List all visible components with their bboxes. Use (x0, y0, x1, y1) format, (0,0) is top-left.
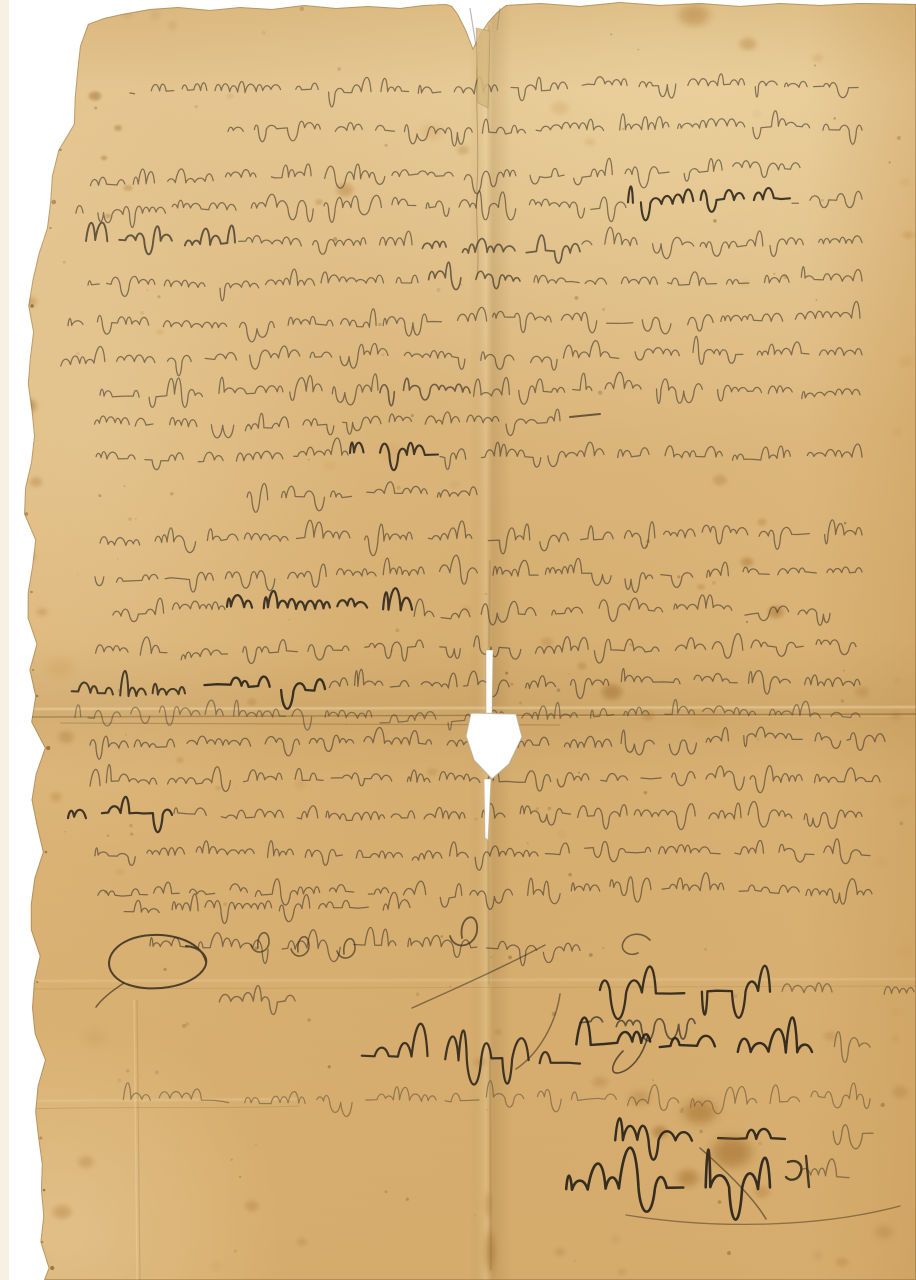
paper-speckle (675, 1248, 676, 1249)
paper-speckle (328, 1065, 331, 1068)
edge-speckle (46, 746, 50, 750)
paper-speckle (843, 670, 844, 671)
foxing-stain (756, 517, 768, 527)
paper-speckle (337, 67, 341, 71)
foxing-stain (483, 1189, 493, 1221)
foxing-stain (548, 99, 572, 117)
paper-speckle (385, 144, 388, 147)
paper-speckle (406, 1198, 409, 1201)
paper-speckle (231, 1158, 233, 1160)
paper-shading-top-edge (0, 0, 916, 90)
edge-speckle (41, 1241, 43, 1243)
foxing-stain (493, 1028, 503, 1036)
paper-speckle (170, 492, 173, 495)
paper-speckle (147, 289, 149, 291)
foxing-stain (616, 1268, 628, 1276)
foxing-stain (418, 122, 446, 142)
paper-speckle (157, 295, 160, 298)
paper-slit (486, 650, 493, 714)
paper-speckle (235, 787, 236, 788)
foxing-stain (35, 607, 49, 617)
edge-speckle (52, 200, 57, 205)
paper-speckle (844, 522, 847, 525)
paper-speckle (182, 1024, 186, 1028)
paper-speckle (440, 935, 443, 938)
paper-speckle (474, 1214, 476, 1216)
paper-speckle (194, 105, 198, 109)
paper-speckle (704, 948, 707, 951)
paper-freckle (894, 677, 900, 683)
edge-speckle (43, 1189, 46, 1192)
paper-speckle (223, 902, 227, 906)
paper-speckle (128, 517, 132, 521)
foxing-stain (113, 124, 123, 132)
paper-speckle (411, 414, 414, 417)
paper-speckle (773, 273, 775, 275)
foxing-stain (76, 1154, 96, 1170)
foxing-stain (56, 729, 76, 745)
paper-speckle (574, 296, 578, 300)
foxing-stain (100, 155, 108, 161)
edge-speckle (32, 669, 34, 671)
foxing-stain (114, 868, 126, 876)
paper-speckle (436, 288, 440, 292)
paper-freckle (295, 780, 305, 790)
paper-speckle (289, 619, 290, 620)
paper-speckle (64, 831, 66, 833)
foxing-stain (674, 1, 714, 29)
foxing-stain (696, 583, 706, 591)
foxing-stain (425, 767, 439, 777)
paper-speckle (746, 621, 748, 623)
paper-freckle (211, 1261, 221, 1271)
foxing-stain (314, 198, 324, 206)
paper-speckle (557, 688, 561, 692)
paper-speckle (833, 117, 835, 119)
paper-speckle (644, 791, 648, 795)
paper-speckle (139, 1076, 140, 1077)
paper-speckle (713, 219, 717, 223)
paper-freckle (558, 831, 566, 839)
paper-speckle (416, 993, 420, 997)
paper-speckle (63, 261, 66, 264)
paper-speckle (129, 824, 133, 828)
paper-speckle (510, 683, 513, 686)
paper-speckle (308, 459, 310, 461)
paper-speckle (574, 1260, 576, 1262)
paper-speckle (548, 807, 552, 811)
paper-speckle (307, 1018, 311, 1022)
paper-speckle (254, 1143, 257, 1146)
paper-speckle (527, 842, 529, 844)
foxing-stain (81, 1028, 109, 1048)
edge-speckle (49, 227, 51, 229)
foxing-stain (295, 1237, 309, 1247)
foxing-stain (122, 184, 134, 192)
foxing-stain (901, 230, 915, 240)
edge-speckle (30, 304, 33, 307)
paper-speckle (486, 1109, 488, 1111)
foxing-stain (897, 355, 915, 369)
paper-speckle (622, 128, 625, 131)
paper-speckle (727, 1251, 731, 1255)
paper-speckle (602, 947, 604, 949)
paper-speckle (140, 311, 144, 315)
foxing-stain (739, 556, 755, 568)
paper-speckle (889, 161, 891, 163)
paper-speckle (117, 558, 118, 559)
edge-speckle (59, 149, 61, 151)
paper-freckle (753, 110, 760, 117)
paper-speckle (814, 64, 816, 66)
foxing-stain (711, 473, 729, 487)
paper-speckle (130, 832, 133, 835)
foxing-stain (155, 328, 165, 336)
paper-speckle (490, 957, 491, 958)
fold-shadow-above (0, 640, 916, 716)
paper-speckle (758, 1141, 762, 1145)
foxing-stain (175, 756, 185, 764)
paper-tear-flap (476, 28, 490, 108)
foxing-stain (590, 1075, 610, 1089)
fold-shadow-below (0, 717, 916, 777)
paper-speckle (610, 33, 612, 35)
foxing-stain (246, 697, 258, 707)
paper-speckle (816, 299, 818, 301)
foxing-stain (214, 785, 222, 791)
edge-speckle (39, 1136, 42, 1139)
foxing-stain (853, 685, 871, 699)
paper-speckle (395, 628, 399, 632)
edge-speckle (30, 591, 33, 594)
paper-speckle (98, 494, 101, 497)
paper-speckle (568, 673, 569, 674)
foxing-stain (243, 1199, 261, 1213)
foxing-stain (44, 656, 76, 680)
edge-speckle (45, 851, 48, 854)
foxing-stain (811, 53, 825, 63)
paper-speckle (163, 968, 166, 971)
paper-speckle (536, 807, 539, 810)
paper-speckle (508, 956, 512, 960)
foxing-stain (737, 36, 759, 52)
paper-speckle (125, 734, 127, 736)
foxing-stain (576, 661, 588, 671)
paper-speckle (117, 1078, 121, 1082)
paper-speckle (757, 738, 760, 741)
edge-speckle (36, 695, 39, 698)
paper-freckle (611, 1234, 620, 1243)
foxing-stain (49, 791, 63, 803)
foxing-stain (678, 1096, 722, 1128)
paper-speckle (107, 834, 109, 836)
foxing-stain (706, 1132, 758, 1172)
paper-speckle (519, 702, 522, 705)
paper-speckle (126, 1069, 130, 1073)
foxing-stain (87, 90, 103, 102)
paper-speckle (568, 873, 572, 877)
foxing-stain (539, 636, 555, 648)
manuscript-scan (0, 0, 916, 1280)
foxing-stain (28, 476, 44, 488)
paper-speckle (239, 1176, 241, 1178)
paper-speckle (589, 953, 593, 957)
scanner-edge-strip (0, 0, 9, 1280)
paper-freckle (450, 480, 459, 489)
edge-speckle (50, 1266, 54, 1270)
paper-speckle (450, 986, 451, 987)
paper-speckle (261, 31, 265, 35)
paper-freckle (812, 1250, 822, 1260)
paper-speckle (397, 486, 401, 490)
paper-speckle (897, 136, 901, 140)
foxing-stain (890, 793, 914, 811)
paper-speckle (76, 352, 79, 355)
paper-speckle (841, 699, 844, 702)
foxing-stain (892, 427, 904, 437)
foxing-stain (50, 1203, 74, 1221)
paper-sheet (0, 0, 916, 1280)
foxing-stain (23, 550, 37, 562)
paper-speckle (637, 49, 639, 51)
paper-freckle (892, 1034, 899, 1041)
foxing-stain (225, 92, 235, 100)
paper-speckle (300, 7, 304, 11)
paper-speckle (135, 518, 137, 520)
foxing-stain (455, 144, 471, 156)
edge-speckle (25, 512, 29, 516)
paper-speckle (598, 391, 602, 395)
paper-speckle (734, 994, 738, 998)
foxing-stain (322, 460, 338, 472)
paper-speckle (77, 574, 78, 575)
paper-speckle (677, 575, 680, 578)
paper-speckle (718, 1200, 722, 1204)
paper-speckle (124, 485, 126, 487)
foxing-stain (890, 1084, 910, 1100)
paper-speckle (155, 1070, 159, 1074)
foxing-stain (483, 1226, 497, 1278)
paper-speckle (652, 1079, 654, 1081)
foxing-stain (889, 711, 903, 721)
paper-speckle (384, 1190, 387, 1193)
paper-speckle (821, 199, 824, 202)
paper-speckle (881, 1103, 885, 1107)
paper-speckle (505, 672, 508, 675)
paper-speckle (94, 106, 97, 109)
edge-speckle (36, 981, 38, 983)
paper-freckle (167, 21, 177, 31)
foxing-stain (872, 1223, 896, 1241)
paper-speckle (578, 772, 580, 774)
scanned-document: Scan of an aged, foxed and stained handw… (0, 0, 916, 1280)
paper-speckle (378, 323, 382, 327)
foxing-stain (888, 1006, 904, 1018)
foxing-stain (553, 1247, 567, 1257)
tear-crack (470, 8, 476, 46)
paper-speckle (382, 354, 385, 357)
paper-speckle (485, 593, 487, 595)
paper-speckle (234, 1250, 237, 1253)
paper-speckle (699, 1130, 702, 1133)
foxing-stain (674, 1167, 702, 1189)
foxing-stain (874, 856, 890, 868)
paper-speckle (474, 817, 477, 820)
paper-speckle (712, 581, 716, 585)
paper-speckle (628, 600, 631, 603)
foxing-stain (13, 396, 39, 416)
paper-freckle (150, 10, 160, 20)
paper-speckle (602, 308, 605, 311)
foxing-stain (899, 177, 911, 187)
paper-speckle (899, 821, 903, 825)
foxing-stain (834, 1256, 850, 1268)
paper-speckle (461, 284, 463, 286)
foxing-stain (583, 137, 597, 147)
